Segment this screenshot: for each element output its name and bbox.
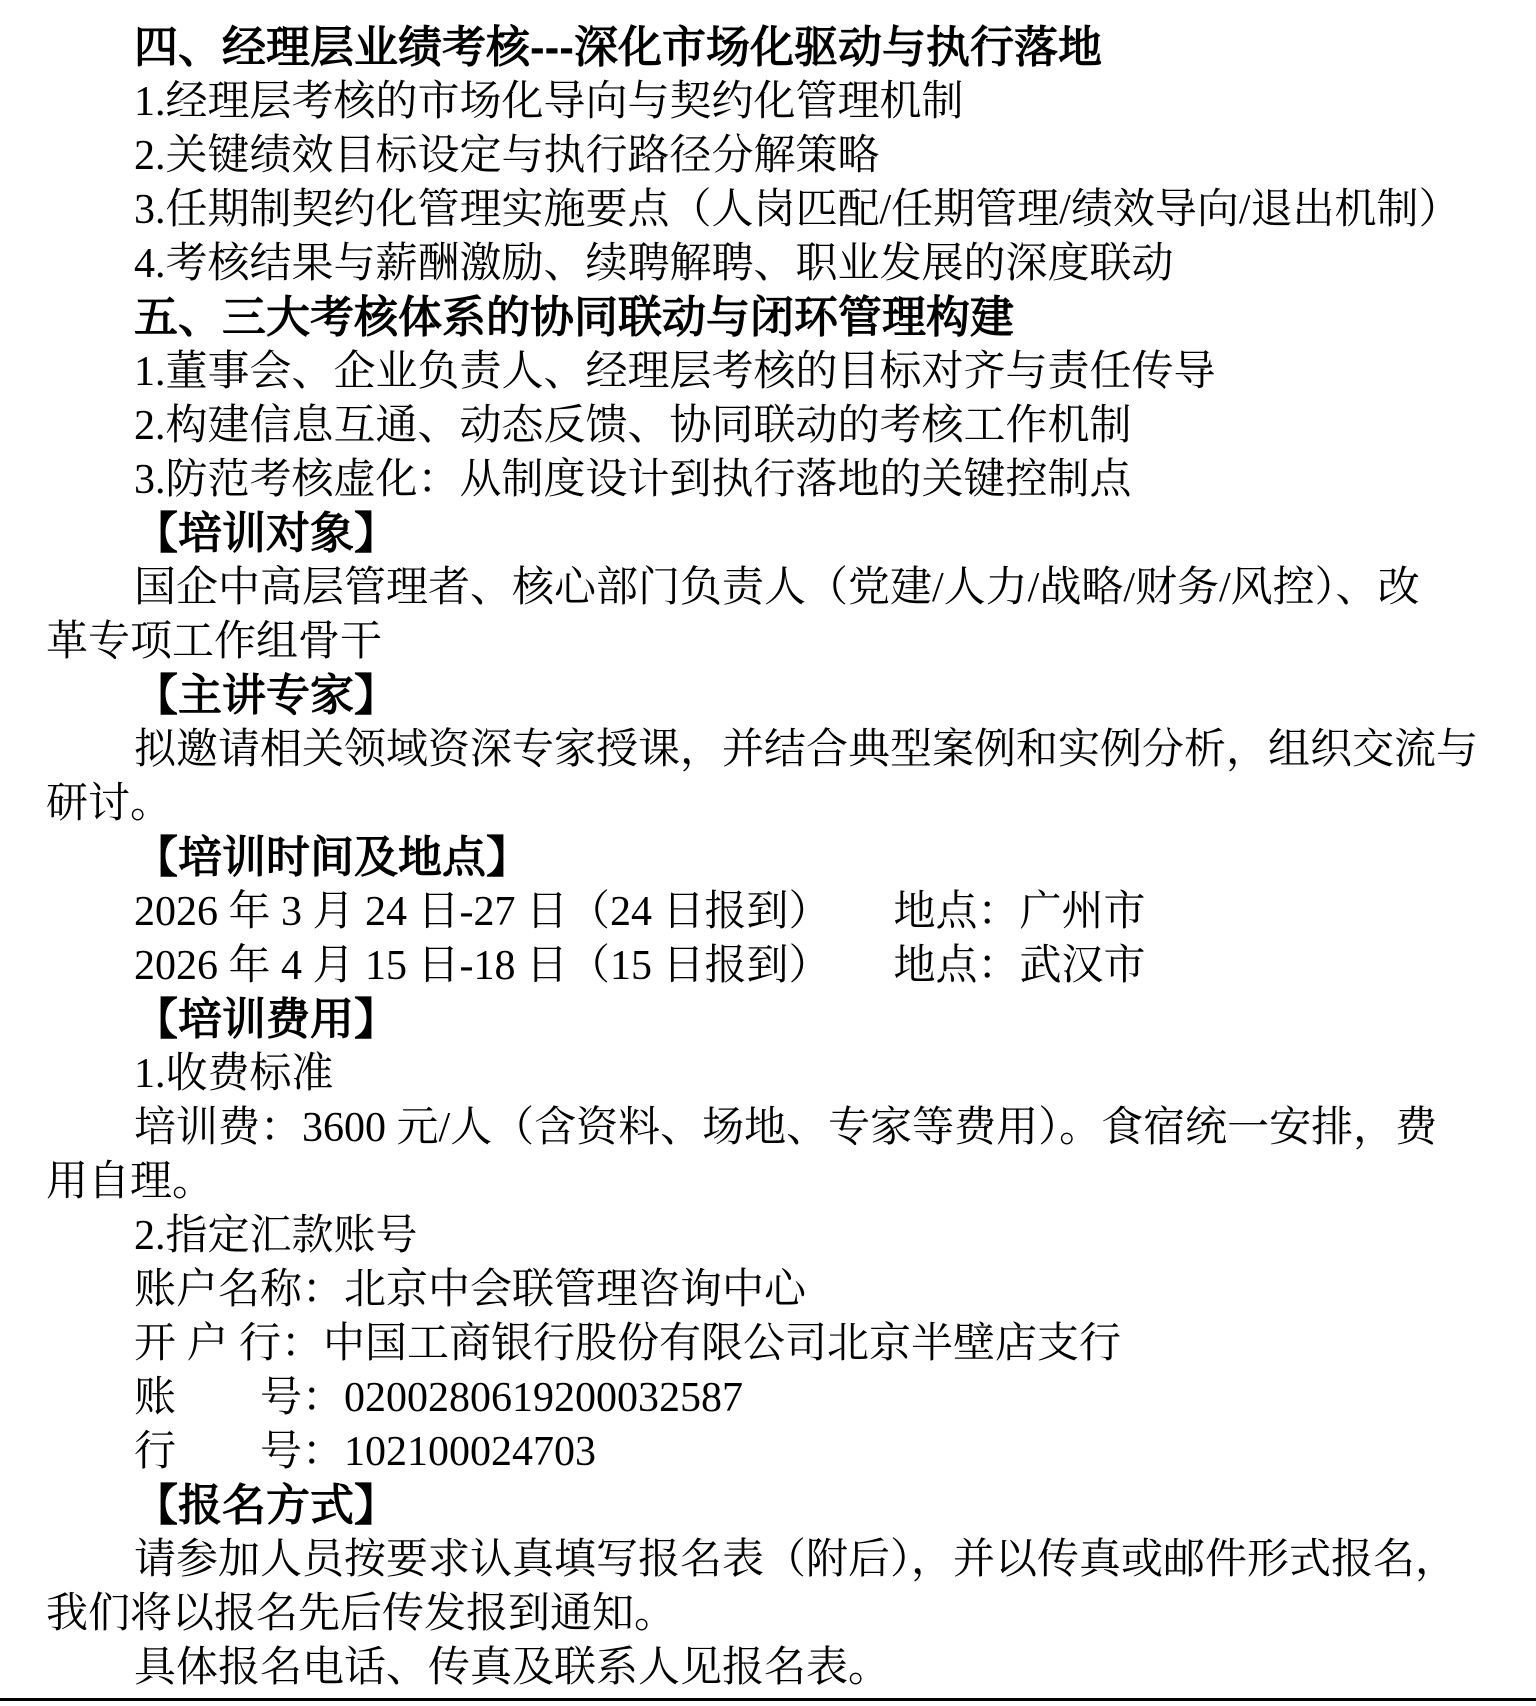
section-5-item-2: 2.构建信息互通、动态反馈、协同联动的考核工作机制 (46, 399, 1500, 453)
bank-name: 开 户 行：中国工商银行股份有限公司北京半壁店支行 (46, 1317, 1500, 1371)
registration-line-3: 具体报名电话、传真及联系人见报名表。 (46, 1641, 1500, 1695)
section-4-item-4: 4.考核结果与薪酬激励、续聘解聘、职业发展的深度联动 (46, 237, 1500, 291)
section-heading-4: 四、经理层业绩考核---深化市场化驱动与执行落地 (46, 21, 1500, 75)
registration-line-2: 我们将以报名先后传发报到通知。 (46, 1587, 1500, 1641)
fees-item-1-heading: 1.收费标准 (46, 1047, 1500, 1101)
fee-standard-line-1: 培训费：3600 元/人（含资料、场地、专家等费用）。食宿统一安排，费 (46, 1101, 1500, 1155)
lecturers-line-2: 研讨。 (46, 777, 1500, 831)
account-number: 账 号：0200280619200032587 (46, 1371, 1500, 1425)
heading-fees: 【培训费用】 (46, 993, 1500, 1047)
session-2-date-location: 2026 年 4 月 15 日-18 日（15 日报到） 地点：武汉市 (46, 939, 1500, 993)
session-1-date-location: 2026 年 3 月 24 日-27 日（24 日报到） 地点：广州市 (46, 885, 1500, 939)
document-page: 四、经理层业绩考核---深化市场化驱动与执行落地1.经理层考核的市场化导向与契约… (0, 0, 1536, 1706)
heading-time-location: 【培训时间及地点】 (46, 831, 1500, 885)
section-heading-5: 五、三大考核体系的协同联动与闭环管理构建 (46, 291, 1500, 345)
account-name: 账户名称：北京中会联管理咨询中心 (46, 1263, 1500, 1317)
training-audience-line-2: 革专项工作组骨干 (46, 615, 1500, 669)
fees-item-2-heading: 2.指定汇款账号 (46, 1209, 1500, 1263)
section-4-item-1: 1.经理层考核的市场化导向与契约化管理机制 (46, 75, 1500, 129)
section-4-item-2: 2.关键绩效目标设定与执行路径分解策略 (46, 129, 1500, 183)
heading-training-audience: 【培训对象】 (46, 507, 1500, 561)
lecturers-line-1: 拟邀请相关领域资深专家授课，并结合典型案例和实例分析，组织交流与 (46, 723, 1500, 777)
section-5-item-1: 1.董事会、企业负责人、经理层考核的目标对齐与责任传导 (46, 345, 1500, 399)
document-body: 四、经理层业绩考核---深化市场化驱动与执行落地1.经理层考核的市场化导向与契约… (46, 21, 1500, 1695)
heading-lecturers: 【主讲专家】 (46, 669, 1500, 723)
section-5-item-3: 3.防范考核虚化：从制度设计到执行落地的关键控制点 (46, 453, 1500, 507)
bank-code: 行 号：102100024703 (46, 1425, 1500, 1479)
section-4-item-3: 3.任期制契约化管理实施要点（人岗匹配/任期管理/绩效导向/退出机制） (46, 183, 1500, 237)
fee-standard-line-2: 用自理。 (46, 1155, 1500, 1209)
registration-line-1: 请参加人员按要求认真填写报名表（附后），并以传真或邮件形式报名， (46, 1533, 1500, 1587)
page-bottom-rule (0, 1698, 1536, 1701)
training-audience-line-1: 国企中高层管理者、核心部门负责人（党建/人力/战略/财务/风控）、改 (46, 561, 1500, 615)
heading-registration: 【报名方式】 (46, 1479, 1500, 1533)
